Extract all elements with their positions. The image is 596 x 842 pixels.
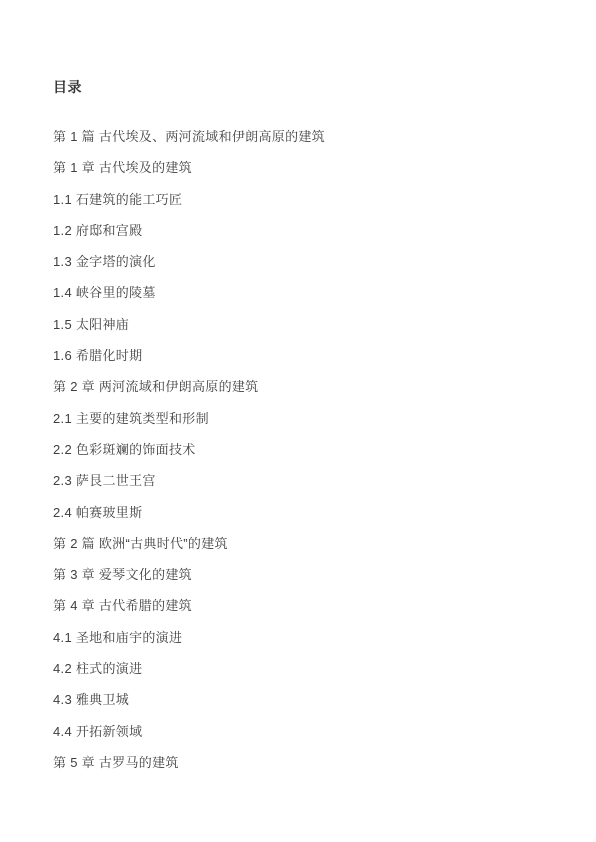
toc-entry-part: 第 2 篇 欧洲“古典时代”的建筑 xyxy=(53,536,556,551)
toc-entry-part: 第 1 篇 古代埃及、两河流域和伊朗高原的建筑 xyxy=(53,129,556,144)
toc-entry-section: 1.4 峡谷里的陵墓 xyxy=(53,285,556,300)
toc-entry-chapter: 第 4 章 古代希腊的建筑 xyxy=(53,598,556,613)
toc-entry-section: 4.3 雅典卫城 xyxy=(53,692,556,707)
toc-entry-section: 2.1 主要的建筑类型和形制 xyxy=(53,411,556,426)
toc-entry-chapter: 第 1 章 古代埃及的建筑 xyxy=(53,160,556,175)
toc-entry-section: 2.3 萨艮二世王宫 xyxy=(53,473,556,488)
toc-entry-section: 4.4 开拓新领域 xyxy=(53,724,556,739)
toc-entry-section: 2.4 帕赛玻里斯 xyxy=(53,505,556,520)
toc-entry-section: 4.2 柱式的演进 xyxy=(53,661,556,676)
page-title: 目录 xyxy=(53,80,556,94)
toc-list: 第 1 篇 古代埃及、两河流域和伊朗高原的建筑第 1 章 古代埃及的建筑1.1 … xyxy=(53,129,556,770)
toc-entry-section: 1.2 府邸和宫殿 xyxy=(53,223,556,238)
toc-entry-chapter: 第 5 章 古罗马的建筑 xyxy=(53,755,556,770)
toc-entry-section: 1.6 希腊化时期 xyxy=(53,348,556,363)
toc-entry-section: 1.3 金字塔的演化 xyxy=(53,254,556,269)
toc-entry-section: 4.1 圣地和庙宇的演进 xyxy=(53,630,556,645)
toc-entry-chapter: 第 3 章 爱琴文化的建筑 xyxy=(53,567,556,582)
toc-entry-section: 1.5 太阳神庙 xyxy=(53,317,556,332)
toc-entry-chapter: 第 2 章 两河流域和伊朗高原的建筑 xyxy=(53,379,556,394)
document-page: 目录 第 1 篇 古代埃及、两河流域和伊朗高原的建筑第 1 章 古代埃及的建筑1… xyxy=(0,0,596,842)
toc-entry-section: 2.2 色彩斑斓的饰面技术 xyxy=(53,442,556,457)
toc-entry-section: 1.1 石建筑的能工巧匠 xyxy=(53,192,556,207)
